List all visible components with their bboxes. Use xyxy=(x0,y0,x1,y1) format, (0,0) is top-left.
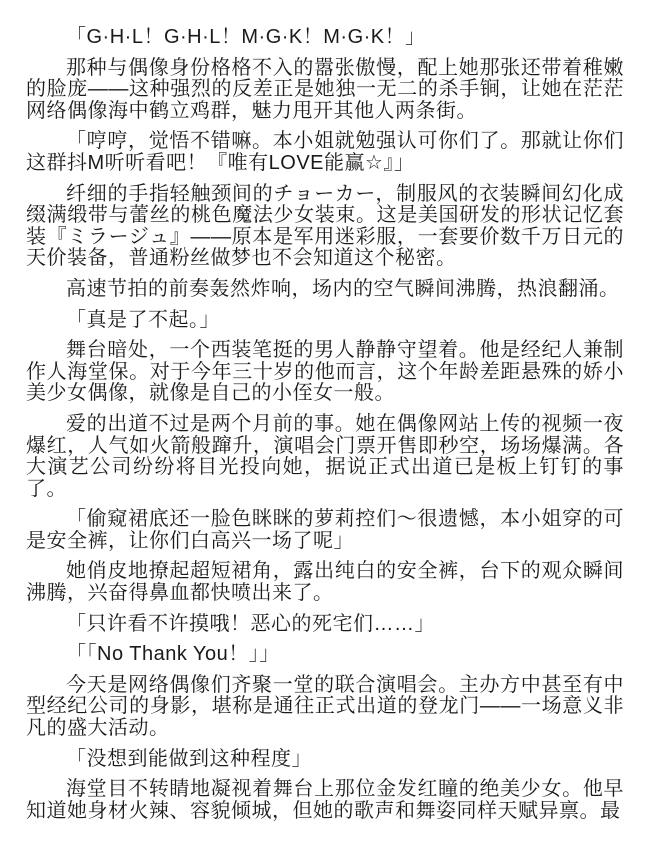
narration-paragraph: 今天是网络偶像们齐聚一堂的联合演唱会。主办方中甚至有中型经纪公司的身影，堪称是通… xyxy=(26,675,624,740)
narration-paragraph: 纤细的手指轻触颈间的チョーカー，制服风的衣装瞬间幻化成缀满缎带与蕾丝的桃色魔法少… xyxy=(26,184,624,270)
dialogue-paragraph: 「真是了不起。」 xyxy=(26,310,624,332)
novel-text-page: 「G·H·L！G·H·L！M·G·K！M·G·K！」 那种与偶像身份格格不入的嚣… xyxy=(0,0,650,850)
dialogue-paragraph: 「G·H·L！G·H·L！M·G·K！M·G·K！」 xyxy=(26,27,624,49)
narration-paragraph: 那种与偶像身份格格不入的嚣张傲慢，配上她那张还带着稚嫩的脸庞——这种强烈的反差正… xyxy=(26,58,624,123)
dialogue-paragraph: 「没想到能做到这种程度」 xyxy=(26,749,624,771)
dialogue-paragraph: 「哼哼，觉悟不错嘛。本小姐就勉强认可你们了。那就让你们这群抖M听听看吧！『唯有L… xyxy=(26,131,624,174)
narration-paragraph: 舞台暗处，一个西装笔挺的男人静静守望着。他是经纪人兼制作人海堂保。对于今年三十岁… xyxy=(26,340,624,405)
narration-paragraph: 高速节拍的前奏轰然炸响，场内的空气瞬间沸腾，热浪翻涌。 xyxy=(26,279,624,301)
narration-paragraph: 爱的出道不过是两个月前的事。她在偶像网站上传的视频一夜爆红，人气如火箭般蹿升，演… xyxy=(26,414,624,500)
dialogue-paragraph: 「只许看不许摸哦！恶心的死宅们……」 xyxy=(26,614,624,636)
dialogue-paragraph: 「偷窥裙底还一脸色眯眯的萝莉控们～很遗憾，本小姐穿的可是安全裤，让你们白高兴一场… xyxy=(26,509,624,552)
dialogue-paragraph: 「「No Thank You！」」 xyxy=(26,644,624,666)
novel-page-background: { "page": { "background": "#ffffff", "te… xyxy=(0,0,650,850)
narration-paragraph: 她俏皮地撩起超短裙角，露出纯白的安全裤，台下的观众瞬间沸腾，兴奋得鼻血都快喷出来… xyxy=(26,561,624,604)
narration-paragraph: 海堂目不转睛地凝视着舞台上那位金发红瞳的绝美少女。他早知道她身材火辣、容貌倾城，… xyxy=(26,779,624,822)
